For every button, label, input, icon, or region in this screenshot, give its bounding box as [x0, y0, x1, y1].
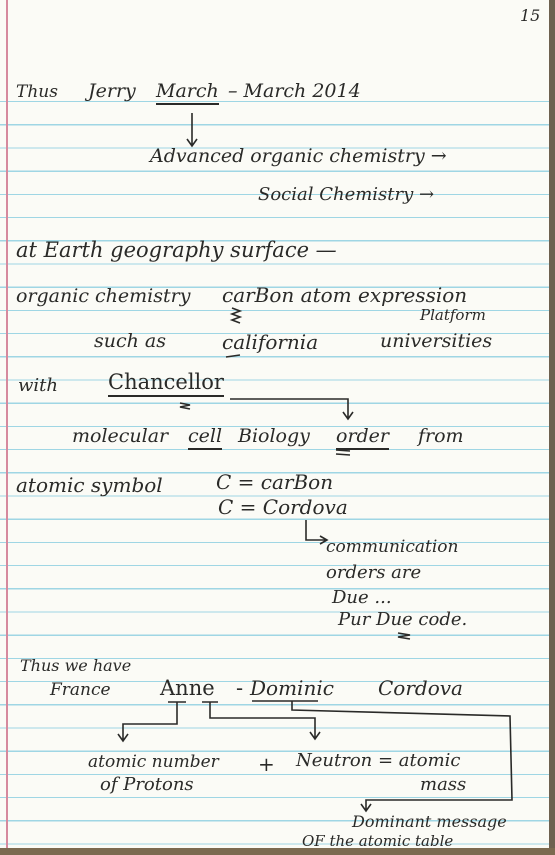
thus-we-have-text: Thus we have [20, 656, 131, 675]
margin-line [6, 0, 8, 848]
page-edge-right [549, 0, 555, 855]
pur-due-code-text: Pur Due code. [338, 609, 467, 630]
chancellor-text: Chancellor [108, 370, 224, 397]
molecular-text: molecular [72, 425, 168, 447]
universities-text: universities [380, 330, 492, 352]
mass-text: mass [420, 774, 466, 795]
name-march: March [156, 80, 219, 105]
of-protons-text: of Protons [100, 774, 194, 795]
cell-text: cell [188, 425, 222, 450]
ink-arrows [0, 0, 549, 848]
advanced-organic-text: Advanced organic chemistry → [150, 145, 447, 167]
name-jerry: Jerry [88, 80, 136, 102]
atomic-table-text: OF the atomic table [302, 832, 453, 848]
order-text: order [336, 425, 389, 450]
from-text: from [418, 425, 464, 447]
california-text: california [222, 330, 318, 354]
page-number: 15 [520, 6, 540, 25]
date-text: – March 2014 [228, 80, 361, 102]
dominic-text: Dominic [250, 676, 334, 700]
france-text: France [50, 680, 111, 700]
anne-text: Anne [160, 676, 215, 700]
social-chemistry-text: Social Chemistry → [258, 184, 434, 205]
carbon-atom-text: carBon atom expression [222, 283, 467, 307]
c-carbon-text: C = carBon [216, 470, 333, 494]
due-text: Due ... [332, 587, 392, 608]
with-text: with [18, 375, 58, 396]
platform-text: Platform [420, 306, 486, 324]
hyphen: - [236, 676, 243, 700]
organic-chemistry-text: organic chemistry [16, 285, 190, 307]
communication-text: communication [326, 537, 458, 557]
c-cordova-text: C = Cordova [218, 495, 348, 519]
page-edge-bottom [0, 848, 555, 855]
biology-text: Biology [238, 425, 310, 447]
neutron-atomic-text: Neutron = atomic [296, 750, 461, 771]
orders-are-text: orders are [326, 562, 421, 583]
atomic-number-text: atomic number [88, 752, 219, 772]
line-thus: Thus [16, 82, 58, 102]
earth-geography-text: at Earth geography surface — [16, 238, 337, 262]
atomic-symbol-text: atomic symbol [16, 473, 163, 497]
notebook-page: 15 Thus Jerry March – March 2014 Advance… [0, 0, 549, 848]
dominant-message-text: Dominant message [352, 812, 507, 831]
such-as-text: such as [94, 330, 166, 352]
plus-sign: + [258, 752, 275, 776]
cordova-text: Cordova [378, 676, 463, 700]
